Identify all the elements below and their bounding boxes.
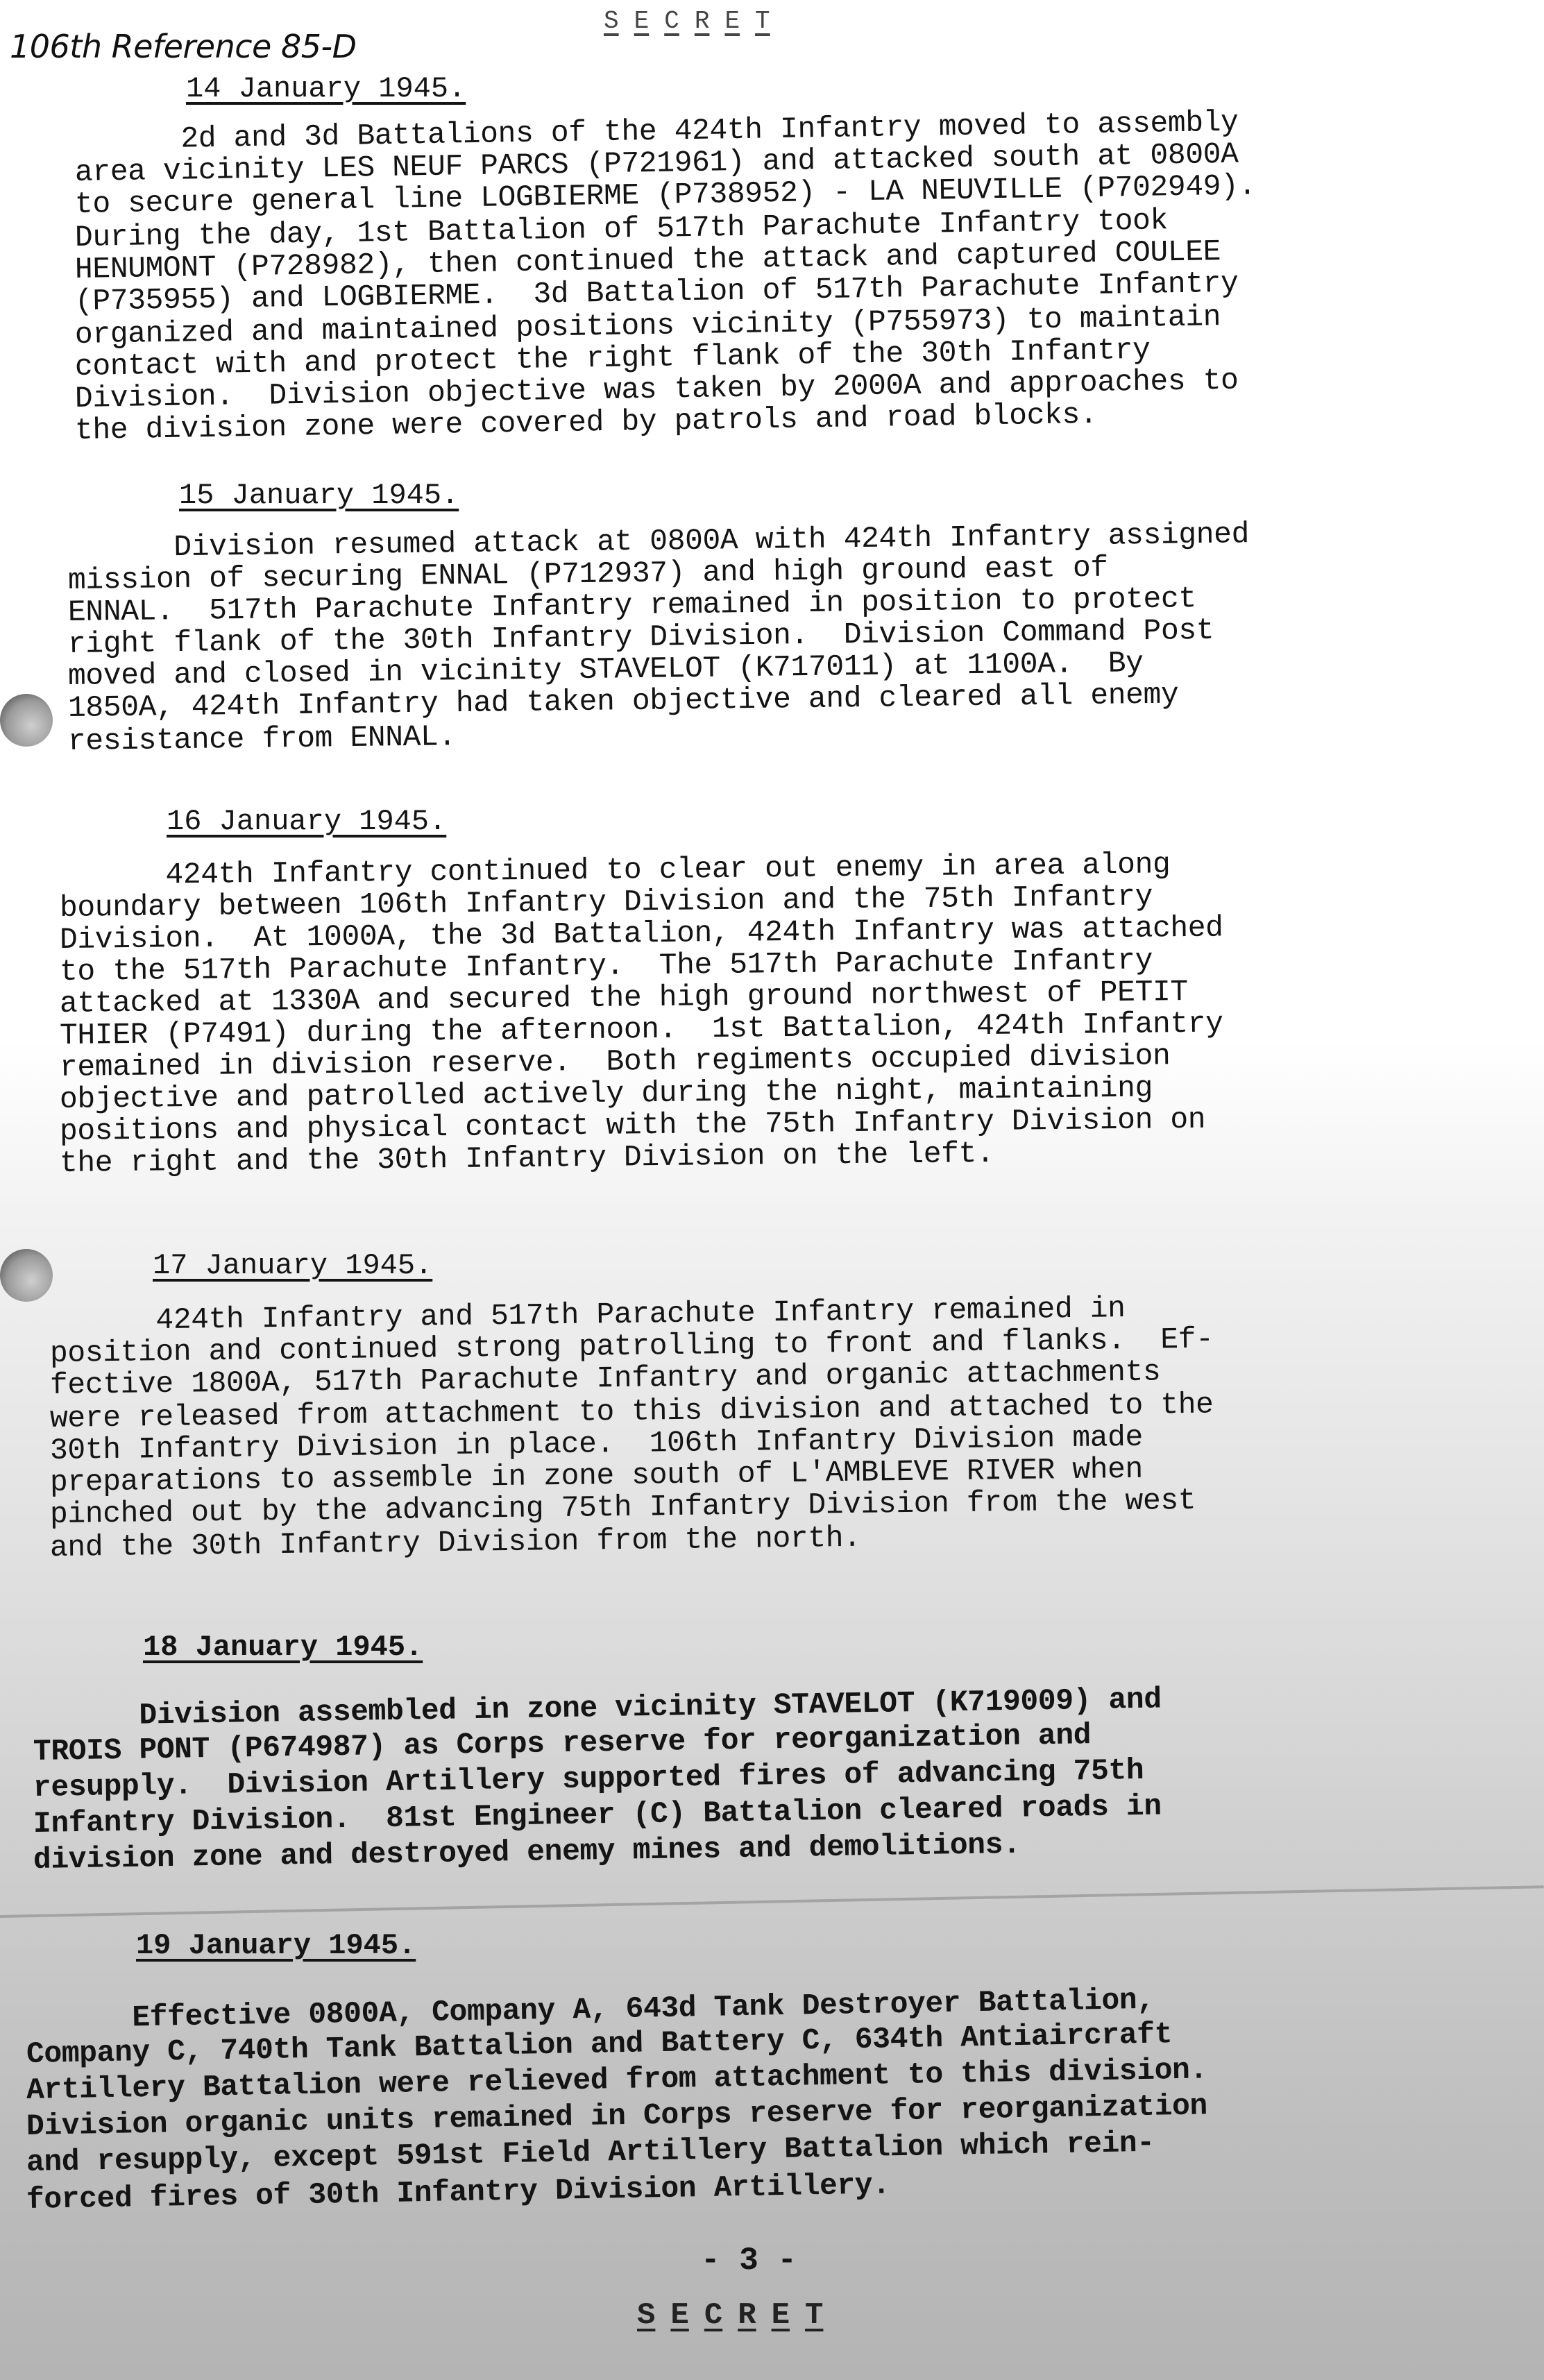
classification-letter: C <box>664 7 679 35</box>
classification-letter: R <box>738 2298 756 2333</box>
classification-letter: T <box>805 2298 823 2333</box>
classification-letter: T <box>755 7 770 35</box>
classification-letter: S <box>637 2298 655 2333</box>
entry-date: 16 January 1945. <box>167 805 446 838</box>
classification-letter: C <box>704 2298 722 2333</box>
entry-date: 14 January 1945. <box>186 72 466 105</box>
classification-letter: E <box>772 2298 790 2333</box>
paper-crease <box>0 1885 1544 1918</box>
entry-date: 15 January 1945. <box>179 479 459 512</box>
classification-letter: E <box>670 2298 688 2333</box>
classification-letter: R <box>695 7 710 35</box>
entry-date: 19 January 1945. <box>136 1929 416 1962</box>
punch-hole-upper <box>0 694 53 747</box>
entry-line: resistance from ENNAL. <box>68 720 456 758</box>
entry-date: 17 January 1945. <box>153 1249 432 1282</box>
entry-date: 18 January 1945. <box>143 1631 423 1664</box>
reference-label: 106th Reference 85-D <box>10 28 357 65</box>
classification-letter: E <box>634 7 650 35</box>
classification-letter: S <box>604 7 619 35</box>
classification-letter: E <box>724 7 740 35</box>
page-number: - 3 - <box>701 2243 797 2279</box>
classification-header: SECRET <box>604 7 786 35</box>
classification-footer: SECRET <box>637 2298 838 2333</box>
punch-hole-lower <box>0 1249 53 1302</box>
